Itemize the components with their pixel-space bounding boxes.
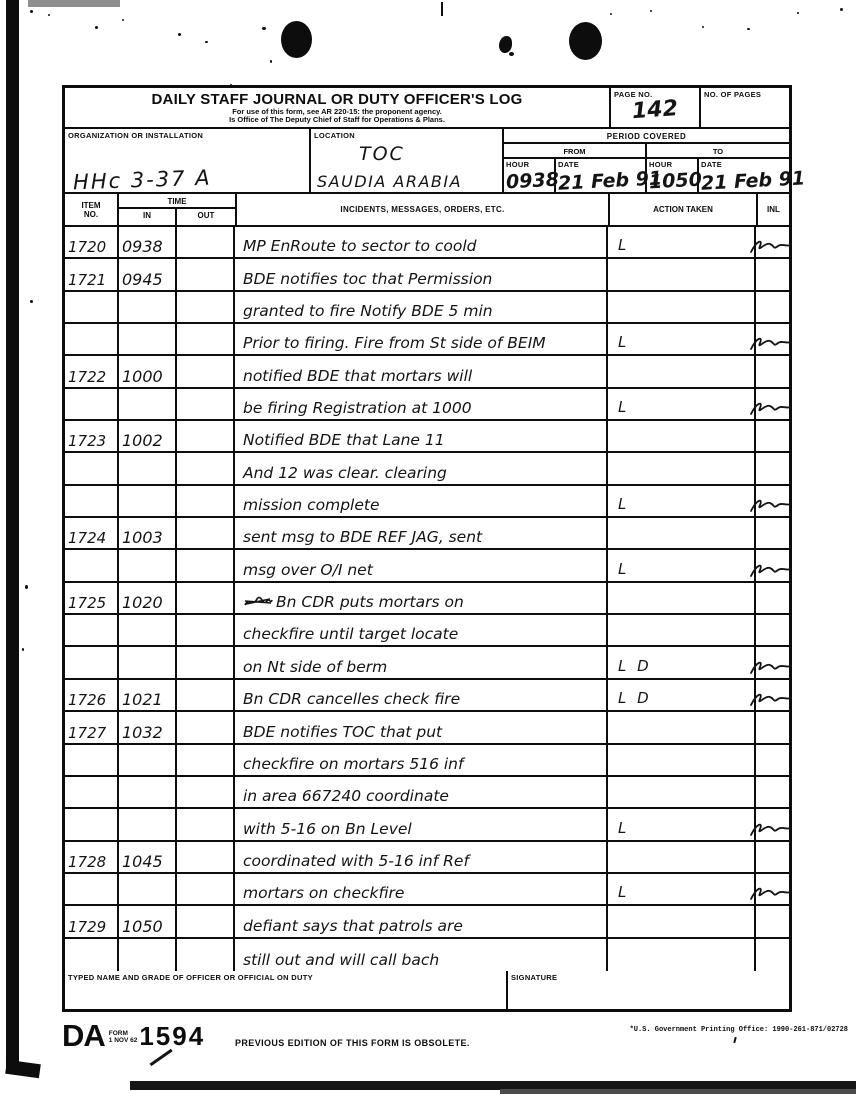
to-label: TO [647, 144, 789, 157]
gpo-imprint: *U.S. Government Printing Office: 1990-2… [630, 1026, 848, 1034]
hour-label: HOUR [649, 160, 695, 169]
initials-cell [756, 356, 789, 386]
time-in-cell [119, 809, 177, 839]
action-cell [608, 712, 756, 742]
item-no-cell [65, 324, 119, 354]
initial-signature-scrawl [747, 497, 793, 515]
item-header-line2: NO. [65, 210, 117, 219]
time-out-cell [177, 712, 235, 742]
action-cell [608, 777, 756, 807]
table-row: mission complete L [65, 486, 789, 518]
incident-cell: And 12 was clear. clearing [235, 453, 608, 483]
hole-punch-mark [569, 22, 602, 60]
org-location-period-band: ORGANIZATION OR INSTALLATION HHc 3-37 A … [65, 129, 789, 194]
table-row: checkfire on mortars 516 inf [65, 745, 789, 777]
incidents-header: INCIDENTS, MESSAGES, ORDERS, ETC. [237, 194, 610, 225]
action-cell: L [608, 874, 756, 904]
action-cell [608, 421, 756, 451]
table-row: granted to fire Notify BDE 5 min [65, 292, 789, 324]
from-hour-value: 0938 [505, 169, 559, 194]
time-in-cell: 1000 [119, 356, 177, 386]
initials-cell [756, 421, 789, 451]
scan-speck [122, 19, 124, 21]
time-in-cell: 1050 [119, 906, 177, 936]
time-in-cell [119, 324, 177, 354]
initials-cell [756, 906, 789, 936]
incident-cell: checkfire on mortars 516 inf [235, 745, 608, 775]
time-in-cell [119, 777, 177, 807]
scan-top-smear [28, 0, 120, 7]
period-covered-cell: PERIOD COVERED FROM TO HOUR 0938 DATE 21… [504, 129, 789, 192]
form-subtitle-2: Is Office of The Deputy Chief of Staff f… [65, 116, 609, 124]
hole-punch-mark [281, 21, 312, 58]
initial-signature-scrawl [747, 659, 793, 677]
initials-cell [756, 745, 789, 775]
action-cell [608, 615, 756, 645]
action-cell [608, 518, 756, 548]
incident-cell: in area 667240 coordinate [235, 777, 608, 807]
table-row: 1721 0945 BDE notifies toc that Permissi… [65, 259, 789, 291]
initials-cell [756, 259, 789, 289]
incident-cell: notified BDE that mortars will [235, 356, 608, 386]
item-no-cell [65, 809, 119, 839]
table-row: 1725 1020 Bn CDR puts mortars on [65, 583, 789, 615]
scan-speck [30, 10, 33, 13]
action-cell [608, 356, 756, 386]
action-cell [608, 453, 756, 483]
item-no-cell [65, 615, 119, 645]
item-header-line1: ITEM [65, 201, 117, 210]
table-row: msg over O/I net L [65, 550, 789, 582]
item-no-cell [65, 486, 119, 516]
time-out-cell [177, 453, 235, 483]
from-label: FROM [504, 144, 647, 157]
time-in-cell [119, 389, 177, 419]
item-no-cell [65, 647, 119, 677]
da-form-1594: DAILY STAFF JOURNAL OR DUTY OFFICER'S LO… [62, 85, 792, 1012]
time-out-cell [177, 518, 235, 548]
time-in-cell: 1021 [119, 680, 177, 710]
incident-cell: Notified BDE that Lane 11 [235, 421, 608, 451]
incident-cell: Prior to firing. Fire from St side of BE… [235, 324, 608, 354]
scan-speck [747, 28, 750, 30]
form-number: 1594 [139, 1024, 205, 1048]
table-row: 1728 1045 coordinated with 5-16 inf Ref [65, 842, 789, 874]
time-in-cell [119, 486, 177, 516]
incident-cell: on Nt side of berm [235, 647, 608, 677]
da-label: DA [62, 1022, 105, 1050]
inl-header: INL [758, 194, 789, 225]
time-in-cell: 1003 [119, 518, 177, 548]
initials-cell [756, 680, 789, 710]
initials-cell [756, 227, 789, 257]
time-out-cell [177, 809, 235, 839]
from-to-header: FROM TO [504, 144, 789, 159]
scan-speck [702, 26, 704, 28]
action-cell: L D [608, 647, 756, 677]
time-out-cell [177, 324, 235, 354]
table-row: 1727 1032 BDE notifies TOC that put [65, 712, 789, 744]
time-in-cell: 0945 [119, 259, 177, 289]
no-of-pages-cell: NO. OF PAGES [701, 88, 789, 127]
incident-cell: mission complete [235, 486, 608, 516]
organization-label: ORGANIZATION OR INSTALLATION [68, 131, 306, 140]
scan-speck [22, 648, 24, 651]
action-cell [608, 292, 756, 322]
initials-cell [756, 453, 789, 483]
scan-speck [48, 14, 50, 16]
time-out-cell [177, 421, 235, 451]
to-date-value: 21 Feb 91 [700, 167, 805, 194]
incident-cell: mortars on checkfire [235, 874, 608, 904]
table-row: be firing Registration at 1000 L [65, 389, 789, 421]
scan-speck [95, 26, 98, 29]
initials-cell [756, 324, 789, 354]
incident-cell: be firing Registration at 1000 [235, 389, 608, 419]
from-hour-cell: HOUR 0938 [504, 159, 556, 192]
initials-cell [756, 615, 789, 645]
initials-cell [756, 712, 789, 742]
action-cell [608, 583, 756, 613]
form-word: FORM [109, 1030, 138, 1037]
time-in-cell [119, 745, 177, 775]
table-row: And 12 was clear. clearing [65, 453, 789, 485]
incident-cell: Bn CDR puts mortars on [235, 583, 608, 613]
scan-speck [270, 60, 272, 63]
table-row: 1726 1021 Bn CDR cancelles check fire L … [65, 680, 789, 712]
location-label: LOCATION [314, 131, 499, 140]
time-out-cell [177, 939, 235, 971]
initials-cell [756, 583, 789, 613]
item-no-cell [65, 777, 119, 807]
time-in-cell [119, 292, 177, 322]
initials-cell [756, 777, 789, 807]
table-header: ITEM NO. TIME IN OUT INCIDENTS, MESSAGES… [65, 194, 789, 227]
ink-smudge [499, 36, 512, 53]
item-no-cell [65, 939, 119, 971]
item-no-cell: 1723 [65, 421, 119, 451]
action-cell [608, 745, 756, 775]
form-number-line: DA FORM 1 NOV 62 1594 [62, 1022, 205, 1050]
form-date: 1 NOV 62 [109, 1037, 138, 1044]
form-title: DAILY STAFF JOURNAL OR DUTY OFFICER'S LO… [65, 91, 609, 108]
item-no-cell: 1720 [65, 227, 119, 257]
time-out-cell [177, 389, 235, 419]
initial-signature-scrawl [747, 885, 793, 903]
scan-speck [797, 12, 799, 14]
time-out-cell [177, 486, 235, 516]
time-header: TIME IN OUT [119, 194, 237, 225]
scan-speck [610, 13, 612, 15]
table-row: on Nt side of berm L D [65, 647, 789, 679]
scan-speck [262, 27, 266, 30]
item-no-cell: 1725 [65, 583, 119, 613]
time-out-cell [177, 777, 235, 807]
initials-cell [756, 874, 789, 904]
time-in-cell: 1032 [119, 712, 177, 742]
incident-cell: still out and will call bach [235, 939, 608, 971]
item-no-cell [65, 745, 119, 775]
table-row: still out and will call bach [65, 939, 789, 971]
time-in-cell [119, 615, 177, 645]
organization-cell: ORGANIZATION OR INSTALLATION HHc 3-37 A [65, 129, 311, 192]
action-cell: L [608, 227, 756, 257]
time-out-cell [177, 583, 235, 613]
item-no-cell [65, 453, 119, 483]
time-in-cell [119, 647, 177, 677]
table-row: 1723 1002 Notified BDE that Lane 11 [65, 421, 789, 453]
action-taken-header: ACTION TAKEN [610, 194, 758, 225]
item-no-cell [65, 550, 119, 580]
incident-cell: checkfire until target locate [235, 615, 608, 645]
in-out-header: IN OUT [119, 209, 235, 225]
signature-label: SIGNATURE [511, 973, 786, 982]
initials-cell [756, 647, 789, 677]
time-out-cell [177, 259, 235, 289]
table-row: mortars on checkfire L [65, 874, 789, 906]
scan-bottom-bar-gray [500, 1089, 856, 1094]
organization-value: HHc 3-37 A [73, 166, 212, 195]
incident-cell: Bn CDR cancelles check fire [235, 680, 608, 710]
from-date-cell: DATE 21 Feb 91 [556, 159, 647, 192]
typed-name-cell: TYPED NAME AND GRADE OF OFFICER OR OFFIC… [65, 971, 508, 1009]
scan-speck [178, 33, 181, 36]
time-out-cell [177, 842, 235, 872]
time-out-cell [177, 647, 235, 677]
signature-cell: SIGNATURE [508, 971, 789, 1009]
action-cell: L [608, 809, 756, 839]
incident-cell: msg over O/I net [235, 550, 608, 580]
initial-signature-scrawl [747, 238, 793, 256]
time-in-cell: 0938 [119, 227, 177, 257]
date-label: DATE [701, 160, 787, 169]
initials-cell [756, 292, 789, 322]
time-out-cell [177, 745, 235, 775]
table-row: in area 667240 coordinate [65, 777, 789, 809]
time-out-cell [177, 615, 235, 645]
location-value-line2: SAUDIA ARABIA [317, 172, 462, 191]
initials-cell [756, 518, 789, 548]
to-date-cell: DATE 21 Feb 91 [699, 159, 789, 192]
action-cell: L [608, 550, 756, 580]
action-cell: L [608, 324, 756, 354]
item-no-cell: 1721 [65, 259, 119, 289]
to-hour-cell: HOUR 1050 [647, 159, 699, 192]
time-header-label: TIME [119, 194, 235, 209]
scan-edge-bar [6, 0, 19, 1072]
page-no-value: 142 [631, 95, 697, 124]
table-row: 1722 1000 notified BDE that mortars will [65, 356, 789, 388]
location-value-line1: TOC [359, 143, 405, 165]
table-row: checkfire until target locate [65, 615, 789, 647]
item-no-cell [65, 292, 119, 322]
item-no-cell [65, 874, 119, 904]
item-no-cell [65, 389, 119, 419]
period-covered-label: PERIOD COVERED [504, 129, 789, 144]
out-header: OUT [177, 209, 235, 225]
table-row: with 5-16 on Bn Level L [65, 809, 789, 841]
time-out-cell [177, 550, 235, 580]
gpo-tick-mark [733, 1037, 736, 1043]
table-row: 1720 0938 MP EnRoute to sector to coold … [65, 227, 789, 259]
item-no-cell: 1727 [65, 712, 119, 742]
incident-cell: granted to fire Notify BDE 5 min [235, 292, 608, 322]
action-cell [608, 939, 756, 971]
incident-cell: BDE notifies TOC that put [235, 712, 608, 742]
action-cell [608, 906, 756, 936]
incident-cell: with 5-16 on Bn Level [235, 809, 608, 839]
initial-signature-scrawl [747, 335, 793, 353]
initials-cell [756, 842, 789, 872]
table-row: 1729 1050 defiant says that patrols are [65, 906, 789, 938]
action-cell: L D [608, 680, 756, 710]
location-cell: LOCATION TOC SAUDIA ARABIA [311, 129, 504, 192]
item-no-header: ITEM NO. [65, 194, 119, 225]
table-row: Prior to firing. Fire from St side of BE… [65, 324, 789, 356]
form-edition-stack: FORM 1 NOV 62 [109, 1030, 138, 1044]
initial-signature-scrawl [747, 691, 793, 709]
item-no-cell: 1729 [65, 906, 119, 936]
time-out-cell [177, 680, 235, 710]
scan-speck [650, 10, 652, 12]
scan-speck [840, 8, 843, 11]
initials-cell [756, 550, 789, 580]
scan-speck [30, 300, 33, 303]
incident-cell: sent msg to BDE REF JAG, sent [235, 518, 608, 548]
scratched-out-word [243, 595, 273, 609]
obsolete-notice: PREVIOUS EDITION OF THIS FORM IS OBSOLET… [235, 1038, 470, 1048]
form-header: DAILY STAFF JOURNAL OR DUTY OFFICER'S LO… [65, 88, 789, 129]
table-row: 1724 1003 sent msg to BDE REF JAG, sent [65, 518, 789, 550]
initials-cell [756, 389, 789, 419]
scan-edge-bar-hook [5, 1060, 41, 1079]
table-body: 1720 0938 MP EnRoute to sector to coold … [65, 227, 789, 971]
time-in-cell: 1020 [119, 583, 177, 613]
incident-cell: BDE notifies toc that Permission [235, 259, 608, 289]
in-header: IN [119, 209, 177, 225]
initials-cell [756, 809, 789, 839]
action-cell: L [608, 486, 756, 516]
time-in-cell [119, 550, 177, 580]
incident-cell: MP EnRoute to sector to coold [235, 227, 608, 257]
initial-signature-scrawl [747, 400, 793, 418]
time-out-cell [177, 906, 235, 936]
initials-cell [756, 486, 789, 516]
title-cell: DAILY STAFF JOURNAL OR DUTY OFFICER'S LO… [65, 88, 611, 127]
initial-signature-scrawl [747, 562, 793, 580]
item-no-cell: 1726 [65, 680, 119, 710]
time-out-cell [177, 292, 235, 322]
hour-date-row: HOUR 0938 DATE 21 Feb 91 HOUR 1050 DATE … [504, 159, 789, 192]
form-footer-band: TYPED NAME AND GRADE OF OFFICER OR OFFIC… [65, 971, 789, 1009]
time-out-cell [177, 227, 235, 257]
hour-label: HOUR [506, 160, 552, 169]
time-out-cell [177, 874, 235, 904]
page-no-cell: PAGE NO. 142 [611, 88, 701, 127]
to-hour-value: 1050 [648, 169, 702, 194]
item-no-cell: 1722 [65, 356, 119, 386]
action-cell: L [608, 389, 756, 419]
action-cell [608, 259, 756, 289]
time-in-cell: 1045 [119, 842, 177, 872]
incident-cell: defiant says that patrols are [235, 906, 608, 936]
action-cell [608, 842, 756, 872]
time-in-cell: 1002 [119, 421, 177, 451]
item-no-cell: 1728 [65, 842, 119, 872]
time-in-cell [119, 939, 177, 971]
date-label: DATE [558, 160, 643, 169]
scan-speck [25, 585, 28, 589]
handwritten-slash-mark [150, 1049, 173, 1066]
scan-tick [441, 2, 443, 16]
initials-cell [756, 939, 789, 971]
typed-name-label: TYPED NAME AND GRADE OF OFFICER OR OFFIC… [68, 973, 503, 982]
incident-cell: coordinated with 5-16 inf Ref [235, 842, 608, 872]
time-in-cell [119, 453, 177, 483]
ink-smudge [509, 52, 514, 56]
initial-signature-scrawl [747, 821, 793, 839]
time-out-cell [177, 356, 235, 386]
time-in-cell [119, 874, 177, 904]
scan-speck [205, 41, 208, 43]
no-of-pages-label: NO. OF PAGES [704, 90, 786, 99]
item-no-cell: 1724 [65, 518, 119, 548]
